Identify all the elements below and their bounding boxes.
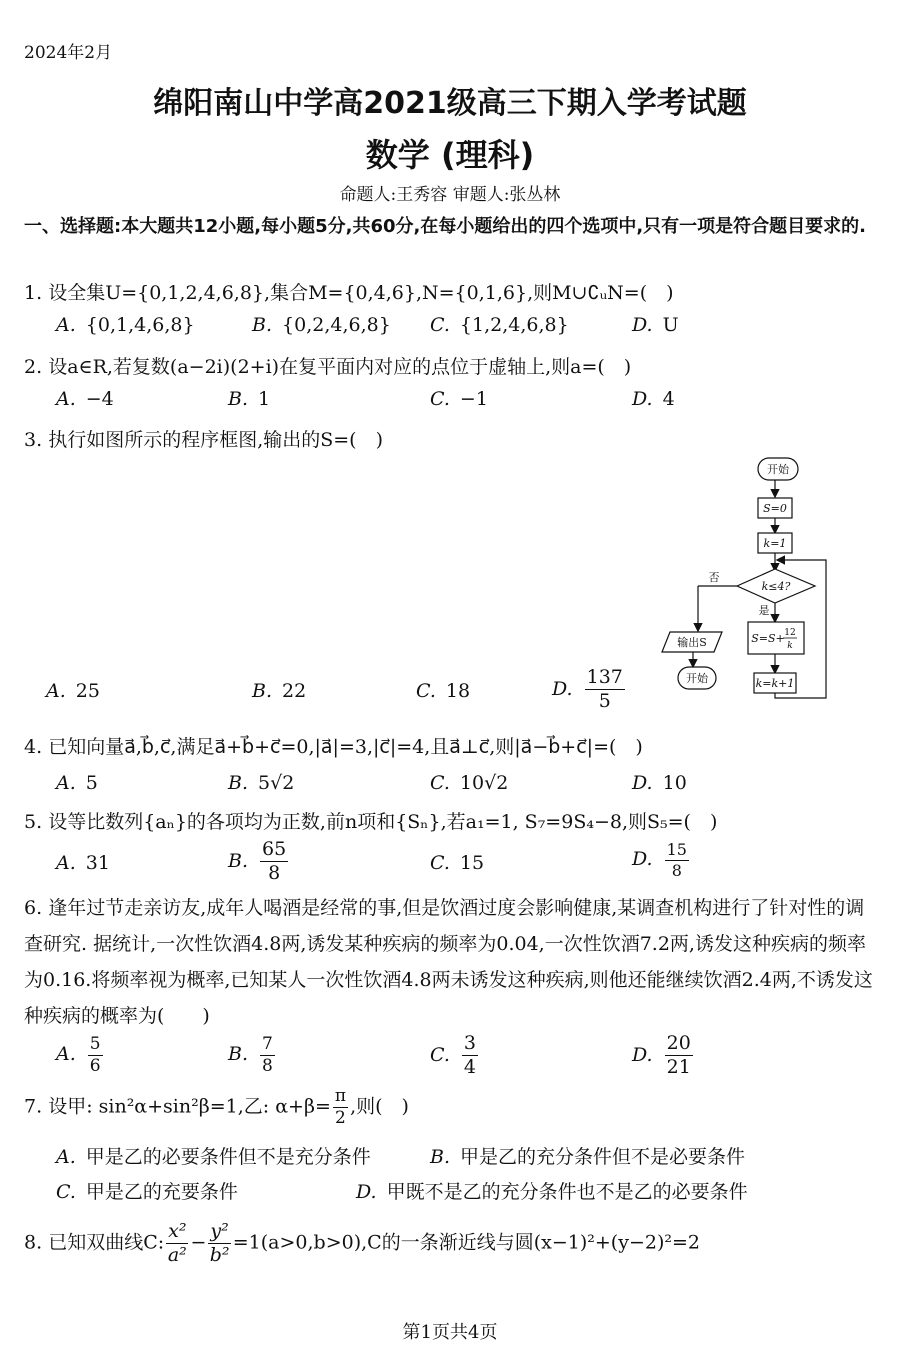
- option-d: D.10: [632, 772, 687, 794]
- question-4: 4. 已知向量a⃗,b⃗,c⃗,满足a⃗+b⃗+c⃗=0,|a⃗|=3,|c⃗|…: [24, 732, 643, 759]
- option-c: C.10√2: [430, 772, 508, 794]
- option-d: D.1375: [552, 668, 627, 711]
- option-a: A.−4: [56, 388, 114, 410]
- exam-title: 绵阳南山中学高2021级高三下期入学考试题: [0, 78, 900, 122]
- flow-k-init: k=1: [764, 537, 787, 550]
- question-7: 7. 设甲: sin²α+sin²β=1,乙: α+β=π2,则( ): [24, 1088, 409, 1127]
- flow-output: 输出S: [677, 635, 707, 649]
- question-stem: 设a∈R,若复数(a−2i)(2+i)在复平面内对应的点位于虚轴上,则a=( ): [48, 356, 631, 378]
- option-b: B.{0,2,4,6,8}: [252, 314, 391, 336]
- option-a: A.{0,1,4,6,8}: [56, 314, 195, 336]
- option-b: B.5√2: [228, 772, 294, 794]
- flow-update-s: S=S+: [751, 632, 785, 645]
- fraction-x2-a2: x²a²: [166, 1222, 188, 1265]
- option-a: A.31: [56, 852, 110, 874]
- question-number: 5.: [24, 811, 42, 833]
- question-8: 8. 已知双曲线C:x²a²−y²b²=1(a>0,b>0),C的一条渐近线与圆…: [24, 1222, 700, 1265]
- fraction: 2021: [665, 1034, 693, 1077]
- option-b: B.甲是乙的充分条件但不是必要条件: [430, 1142, 745, 1169]
- question-number: 3.: [24, 429, 42, 451]
- question-stem: 设全集U={0,1,2,4,6,8},集合M={0,4,6},N={0,1,6}…: [48, 282, 673, 304]
- question-stem: 设等比数列{aₙ}的各项均为正数,前n项和{Sₙ},若a₁=1, S₇=9S₄−…: [48, 811, 717, 833]
- flow-yes-label: 是: [759, 604, 770, 617]
- option-b: B.78: [228, 1036, 277, 1075]
- option-c: C.18: [416, 680, 470, 702]
- page-number: 第1页共4页: [0, 1318, 900, 1344]
- fraction: 658: [260, 840, 288, 883]
- fraction: 158: [665, 842, 689, 879]
- question-stem: 已知双曲线C:: [48, 1232, 164, 1254]
- question-number: 7.: [24, 1096, 42, 1118]
- question-stem: 已知向量a⃗,b⃗,c⃗,满足a⃗+b⃗+c⃗=0,|a⃗|=3,|c⃗|=4,…: [48, 736, 643, 758]
- question-number: 1.: [24, 282, 42, 304]
- exam-authors: 命题人:王秀容 审题人:张丛林: [0, 180, 900, 205]
- flow-end: 开始: [686, 671, 709, 685]
- question-stem: 执行如图所示的程序框图,输出的S=( ): [48, 429, 383, 451]
- fraction: π2: [333, 1088, 348, 1127]
- flow-condition: k≤4?: [762, 580, 791, 593]
- fraction-y2-b2: y²b²: [208, 1222, 230, 1265]
- flow-no-label: 否: [709, 571, 720, 584]
- flow-start: 开始: [767, 462, 790, 476]
- option-b: B.1: [228, 388, 270, 410]
- option-d: D.2021: [632, 1034, 695, 1077]
- option-d: D.甲既不是乙的充分条件也不是乙的必要条件: [356, 1177, 748, 1204]
- option-c: C.34: [430, 1034, 480, 1077]
- flow-increment: k=k+1: [756, 677, 795, 690]
- question-3: 3. 执行如图所示的程序框图,输出的S=( ): [24, 425, 383, 452]
- option-d: D.158: [632, 842, 691, 879]
- question-stem: 设甲: sin²α+sin²β=1,乙: α+β=: [48, 1096, 331, 1118]
- option-a: A.5: [56, 772, 98, 794]
- question-2: 2. 设a∈R,若复数(a−2i)(2+i)在复平面内对应的点位于虚轴上,则a=…: [24, 352, 631, 379]
- question-number: 8.: [24, 1232, 42, 1254]
- flow-s-init: S=0: [763, 502, 787, 515]
- option-b: B.22: [252, 680, 306, 702]
- question-stem: 逢年过节走亲访友,成年人喝酒是经常的事,但是饮酒过度会影响健康,某调查机构进行了…: [24, 897, 873, 1027]
- option-d: D.U: [632, 314, 679, 336]
- exam-date: 2024年2月: [24, 38, 112, 63]
- option-a: A.25: [46, 680, 100, 702]
- option-c: C.−1: [430, 388, 488, 410]
- section-heading: 一、选择题:本大题共12小题,每小题5分,共60分,在每小题给出的四个选项中,只…: [24, 212, 884, 242]
- question-5: 5. 设等比数列{aₙ}的各项均为正数,前n项和{Sₙ},若a₁=1, S₇=9…: [24, 807, 717, 834]
- option-c: C.15: [430, 852, 484, 874]
- question-number: 2.: [24, 356, 42, 378]
- question-number: 6.: [24, 897, 42, 919]
- fraction: 1375: [585, 668, 625, 711]
- question-6: 6. 逢年过节走亲访友,成年人喝酒是经常的事,但是饮酒过度会影响健康,某调查机构…: [24, 890, 874, 1034]
- option-d: D.4: [632, 388, 675, 410]
- option-a: A.56: [56, 1036, 105, 1075]
- exam-subject: 数学 (理科): [0, 130, 900, 176]
- fraction: 34: [462, 1034, 478, 1077]
- option-c: C.{1,2,4,6,8}: [430, 314, 569, 336]
- fraction: 56: [88, 1036, 103, 1075]
- question-number: 4.: [24, 736, 42, 758]
- fraction: 78: [260, 1036, 275, 1075]
- option-a: A.甲是乙的必要条件但不是充分条件: [56, 1142, 371, 1169]
- option-b: B.658: [228, 840, 290, 883]
- question-1: 1. 设全集U={0,1,2,4,6,8},集合M={0,4,6},N={0,1…: [24, 278, 674, 305]
- program-flowchart: 开始 S=0 k=1 k≤4? 否 是 输出S 开始 S=S+ 12 k k=k…: [650, 452, 840, 707]
- flow-update-den: k: [787, 641, 792, 651]
- option-c: C.甲是乙的充要条件: [56, 1177, 238, 1204]
- flow-update-num: 12: [784, 628, 795, 638]
